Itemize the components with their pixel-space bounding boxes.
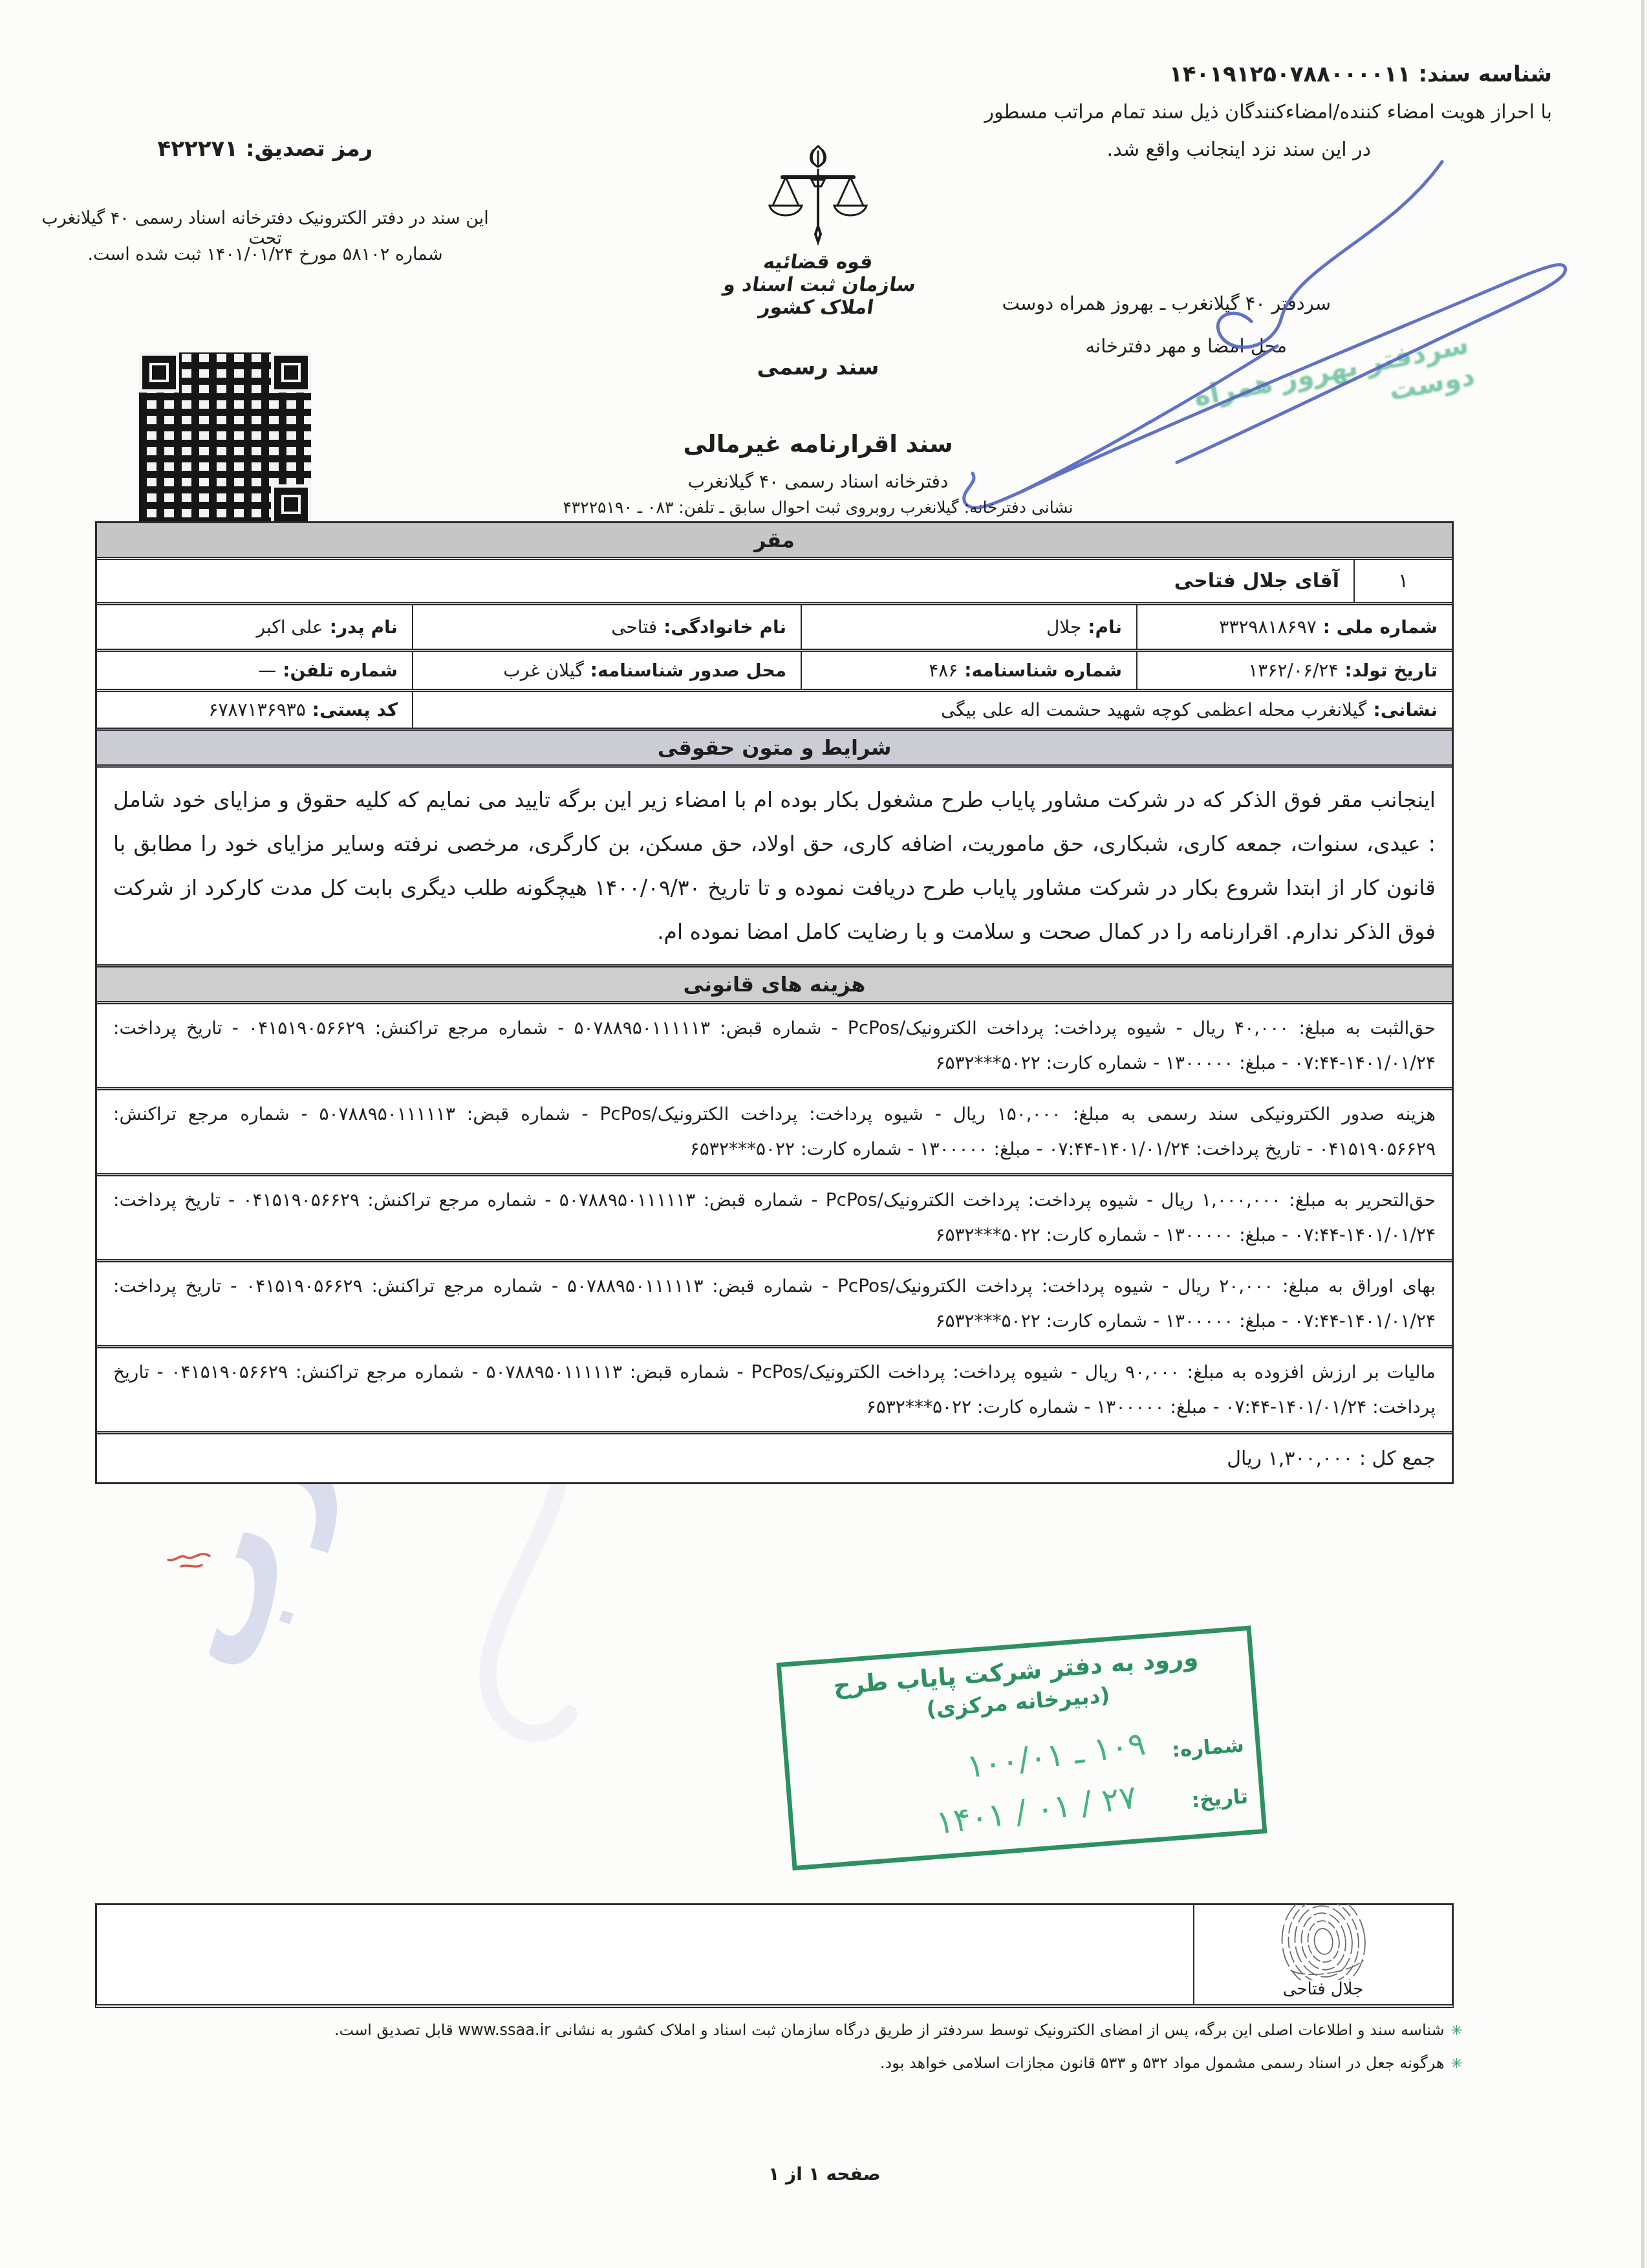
- notary-office-address: نشانی دفترخانه: گیلانغرب روبروی ثبت احوا…: [501, 498, 1135, 517]
- field-value: ۴۸۶: [929, 660, 958, 681]
- fee-row-electronic-issue: هزینه صدور الکترونیکی سند رسمی به مبلغ: …: [97, 1087, 1452, 1173]
- section-legal-title: شرایط و متون حقوقی: [97, 728, 1452, 764]
- judiciary-title: قوه قضائیه: [697, 251, 940, 274]
- field-label: نام خانوادگی:: [663, 616, 786, 638]
- asterisk-icon: ✳: [1451, 2056, 1463, 2072]
- page-indicator: صفحه ۱ از ۱: [705, 2163, 944, 2185]
- footer-note-verification: ✳شناسه سند و اطلاعات اصلی این برگه، پس ا…: [334, 2021, 1463, 2039]
- document-subtype-title: سند اقرارنامه غیرمالی: [618, 430, 1018, 458]
- qr-code: [139, 352, 311, 524]
- verification-code-label: رمز تصدیق:: [246, 136, 373, 162]
- table-row: نشانی: گیلانغرب محله اعظمی کوچه شهید حشم…: [97, 689, 1452, 728]
- section-fees-title: هزینه های قانونی: [97, 964, 1452, 1001]
- attestation-line-2: در این سند نزد اینجانب واقع شد.: [1107, 138, 1371, 161]
- field-value: —: [258, 660, 276, 681]
- last-name-cell: نام خانوادگی: فتاحی: [412, 605, 801, 649]
- id-cert-number-cell: شماره شناسنامه: ۴۸۶: [801, 652, 1136, 689]
- field-value: گیلان غرب: [503, 660, 583, 681]
- field-value: ۶۷۸۷۱۳۶۹۳۵: [208, 699, 305, 720]
- field-label: نشانی:: [1373, 699, 1438, 720]
- attestation-line-1: با احراز هویت امضاء کننده/امضاءکنندگان ذ…: [984, 101, 1552, 124]
- signature-empty-area: [97, 1905, 1193, 2004]
- field-value: جلال: [1046, 616, 1081, 638]
- field-label: محل صدور شناسنامه:: [590, 660, 786, 681]
- fee-row-vat: مالیات بر ارزش افزوده به مبلغ: ۹۰,۰۰۰ ری…: [97, 1345, 1452, 1431]
- first-name-cell: نام: جلال: [801, 605, 1136, 649]
- stamp-number-handwritten: ۱۰۹ ـ ۱۰۰/۰۱: [964, 1725, 1147, 1786]
- field-label: کد پستی:: [312, 699, 398, 720]
- footer-note-text: هرگونه جعل در اسناد رسمی مشمول مواد ۵۳۲ …: [880, 2054, 1445, 2072]
- document-table: مقر ۱ آقای جلال فتاحی شماره ملی : ۳۳۲۹۸۱…: [95, 521, 1454, 1484]
- stamp-date-handwritten: ۲۷ / ۰۱ / ۱۴۰۱: [934, 1778, 1139, 1841]
- declarant-row-number: ۱: [1353, 560, 1452, 602]
- table-row: شماره ملی : ۳۳۲۹۸۱۸۶۹۷ نام: جلال نام خان…: [97, 602, 1452, 649]
- company-entry-stamp: ورود به دفتر شرکت پایاب طرح (دبیرخانه مر…: [777, 1626, 1267, 1871]
- field-value: علی اکبر: [256, 616, 323, 638]
- verification-code: رمز تصدیق: ۴۲۲۲۷۱: [97, 136, 433, 162]
- stamp-number-label: شماره:: [1171, 1733, 1245, 1762]
- fee-row-registration: حق‌الثبت به مبلغ: ۴۰,۰۰۰ ریال - شیوه پرد…: [97, 1001, 1452, 1087]
- field-value: فتاحی: [611, 616, 657, 638]
- registration-org-title: سازمان ثبت اسناد و املاک کشور: [695, 274, 941, 319]
- legal-declaration-text: اینجانب مقر فوق الذکر که در شرکت مشاور پ…: [97, 764, 1452, 964]
- section-declarant-title: مقر: [97, 523, 1452, 557]
- field-label: نام پدر:: [330, 616, 398, 638]
- scan-edge-artifact: [1641, 0, 1644, 2268]
- judiciary-emblem: قوه قضائیه سازمان ثبت اسناد و املاک کشور: [698, 144, 938, 319]
- footer-note-text: شناسه سند و اطلاعات اصلی این برگه، پس از…: [334, 2021, 1445, 2039]
- document-type-title: سند رسمی: [698, 354, 938, 380]
- fingerprint-icon: [1256, 1904, 1392, 1980]
- field-value: ۳۳۲۹۸۱۸۶۹۷: [1219, 616, 1316, 638]
- field-label: شماره شناسنامه:: [964, 660, 1122, 681]
- declarant-name: آقای جلال فتاحی: [97, 560, 1353, 602]
- stamp-date-label: تاریخ:: [1191, 1785, 1249, 1813]
- document-id-label: شناسه سند:: [1418, 61, 1552, 87]
- birth-date-cell: تاریخ تولد: ۱۳۶۲/۰۶/۲۴: [1136, 652, 1452, 689]
- seal-place-line: محل امضا و مهر دفترخانه: [1086, 335, 1287, 357]
- footer-note-forgery: ✳هرگونه جعل در اسناد رسمی مشمول مواد ۵۳۲…: [880, 2054, 1463, 2072]
- notary-head-line: سردفتر ۴۰ گیلانغرب ـ بهروز همراه دوست: [1002, 292, 1331, 314]
- scanned-document-page: ۴۰ گیلانغرب شناسه سند: ۱۴۰۱۹۱۲۵۰۷۸۸۰۰۰۰۱…: [0, 0, 1649, 2268]
- postal-code-cell: کد پستی: ۶۷۸۷۱۳۶۹۳۵: [97, 692, 412, 728]
- registration-line-1: این سند در دفتر الکترونیک دفترخانه اسناد…: [39, 208, 491, 248]
- signer-signature-box: جلال فتاحی: [95, 1903, 1454, 2008]
- father-name-cell: نام پدر: علی اکبر: [97, 605, 412, 649]
- fees-total: جمع کل : ۱,۳۰۰,۰۰۰ ریال: [97, 1431, 1452, 1482]
- fee-row-paper: بهای اوراق به مبلغ: ۲۰,۰۰۰ ریال - شیوه پ…: [97, 1259, 1452, 1345]
- fingerprint-cell: جلال فتاحی: [1193, 1905, 1452, 2004]
- phone-cell: شماره تلفن: —: [97, 652, 412, 689]
- notary-office-name: دفترخانه اسناد رسمی ۴۰ گیلانغرب: [618, 471, 1018, 492]
- document-id-value: ۱۴۰۱۹۱۲۵۰۷۸۸۰۰۰۰۱۱: [1169, 61, 1411, 87]
- table-row: تاریخ تولد: ۱۳۶۲/۰۶/۲۴ شماره شناسنامه: ۴…: [97, 649, 1452, 689]
- field-label: نام:: [1088, 616, 1122, 638]
- table-row: ۱ آقای جلال فتاحی: [97, 557, 1452, 602]
- field-value: ۱۳۶۲/۰۶/۲۴: [1248, 660, 1338, 681]
- qr-finder-icon: [271, 352, 311, 393]
- scales-of-justice-icon: [757, 144, 879, 247]
- qr-finder-icon: [139, 352, 179, 393]
- verification-code-value: ۴۲۲۲۷۱: [158, 136, 239, 162]
- red-annotation-mark: [162, 1544, 213, 1574]
- fee-row-drafting: حق‌التحریر به مبلغ: ۱,۰۰۰,۰۰۰ ریال - شیو…: [97, 1173, 1452, 1259]
- field-label: تاریخ تولد:: [1344, 660, 1438, 681]
- registration-line-2: شماره ۵۸۱۰۲ مورخ ۱۴۰۱/۰۱/۲۴ ثبت شده است.: [39, 244, 491, 265]
- document-id: شناسه سند: ۱۴۰۱۹۱۲۵۰۷۸۸۰۰۰۰۱۱: [1169, 61, 1552, 87]
- signer-name: جلال فتاحی: [1283, 1980, 1364, 1999]
- national-id-cell: شماره ملی : ۳۳۲۹۸۱۸۶۹۷: [1136, 605, 1452, 649]
- field-value: گیلانغرب محله اعظمی کوچه شهید حشمت اله ع…: [941, 699, 1366, 720]
- id-issue-place-cell: محل صدور شناسنامه: گیلان غرب: [412, 652, 801, 689]
- asterisk-icon: ✳: [1451, 2023, 1463, 2039]
- field-label: شماره ملی :: [1323, 616, 1438, 638]
- qr-finder-icon: [271, 484, 311, 524]
- address-cell: نشانی: گیلانغرب محله اعظمی کوچه شهید حشم…: [412, 692, 1452, 728]
- field-label: شماره تلفن:: [283, 660, 398, 681]
